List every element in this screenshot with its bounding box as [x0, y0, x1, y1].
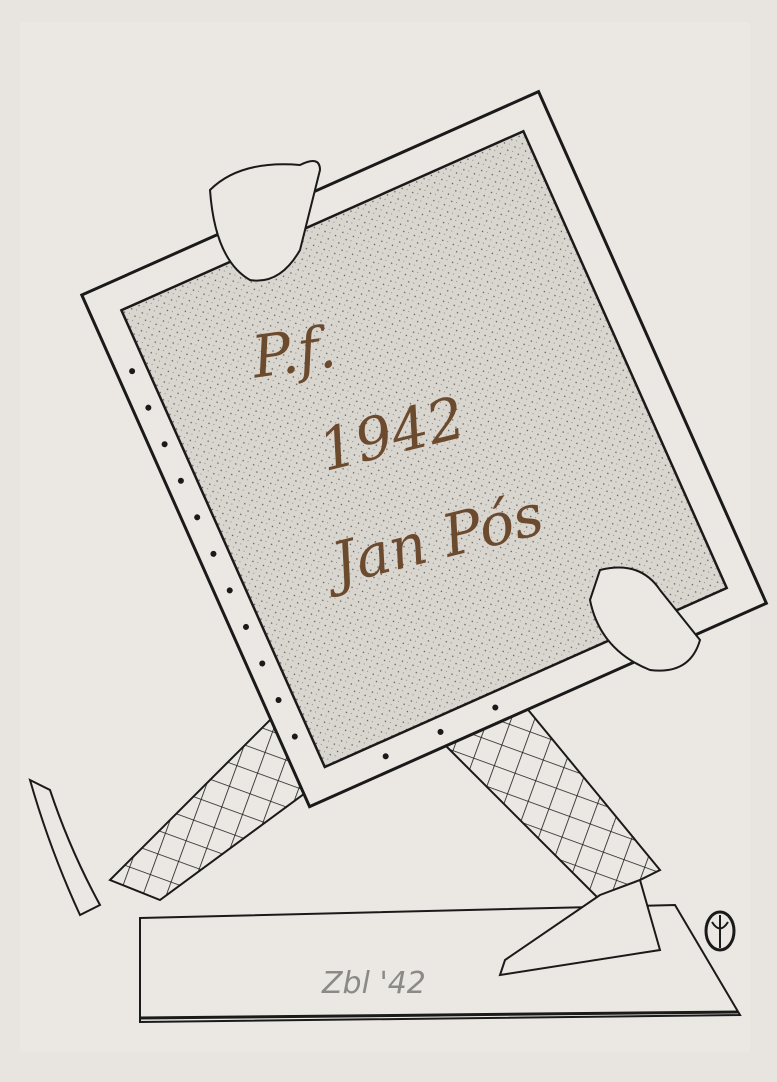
pencil-signature: Zbl '42 [322, 966, 426, 1001]
left-shoe [30, 780, 100, 915]
right-shoe [500, 880, 660, 975]
inscription-pf: P.f. [248, 313, 340, 392]
monogram-icon [706, 912, 734, 950]
